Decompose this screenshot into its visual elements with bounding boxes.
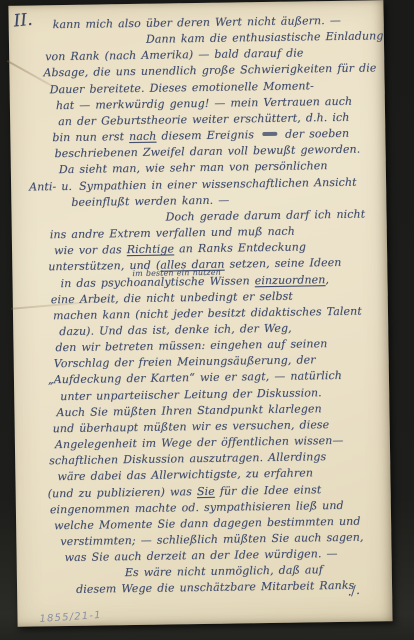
handwriting-text: diesem Ereignis xyxy=(156,128,259,143)
handwriting-text: Doch gerade darum darf ich nicht xyxy=(165,207,365,223)
handwriting-text: an der Geburtstheorie weiter erschüttert… xyxy=(58,111,349,128)
handwriting-text: ins andre Extrem verfallen und muß nach xyxy=(50,225,295,242)
handwriting-line: Doch gerade darum darf ich nicht xyxy=(165,206,376,225)
handwriting-text: Sympathien in einer wissenschaftlichen A… xyxy=(79,175,357,192)
handwriting-text: eine Arbeit, die nicht unbedingt er selb… xyxy=(51,289,293,306)
handwriting-text: und überhaupt müßten wir es versuchen, d… xyxy=(53,418,330,435)
handwriting-text: Dann kam die enthusiastische Einladung xyxy=(146,29,384,46)
handwriting-text: Sie xyxy=(197,484,215,497)
handwriting-text: von Rank (nach Amerika) — bald darauf di… xyxy=(45,47,303,64)
handwriting-text: für die Idee einst xyxy=(215,483,322,498)
handwriting-text: im besten ein nutzen xyxy=(132,267,221,277)
letter-lines: kann mich also über deren Wert nicht äuß… xyxy=(51,12,383,598)
handwriting-text: wie vor das xyxy=(54,243,127,257)
handwriting-text: diesem Wege die unschätzbare Mitarbeit R… xyxy=(76,579,354,596)
margin-note: Anti- u. xyxy=(29,179,72,193)
archive-number-pencil: 1855/21-1 xyxy=(39,611,102,625)
handwriting-text: an Ranks Entdeckung xyxy=(174,241,306,256)
handwriting-text: Dauer bereitete. Dieses emotionelle Mome… xyxy=(50,79,314,96)
handwriting-text: Da sieht man, wie sehr man von persönlic… xyxy=(59,160,328,177)
handwriting-text: hat — merkwürdig genug! — mein Vertrauen… xyxy=(56,95,352,112)
handwriting-text: bin nun erst xyxy=(52,130,129,144)
handwriting-text: wäre dabei das Allerwichtigste, zu erfah… xyxy=(57,467,313,484)
handwriting-text: „Aufdeckung der Karten“ wie er sagt, — n… xyxy=(48,369,342,386)
handwriting-text: , xyxy=(325,273,329,286)
handwriting-text: eingenommen machte od. sympathisieren li… xyxy=(50,499,344,516)
handwriting-line: diesem Wege die unschätzbare Mitarbeit R… xyxy=(76,578,382,599)
handwriting-text: Richtige xyxy=(127,243,175,257)
handwriting-text: einzuordnen xyxy=(255,273,326,287)
handwriting-text: Es wäre nicht unmöglich, daß auf xyxy=(125,564,323,580)
letter-page: II. kann mich also über deren Wert nicht… xyxy=(8,0,392,626)
handwriting-text: setzen, seine Ideen xyxy=(224,256,341,271)
handwriting-text: Vorschlag der freien Meinungsäußerung, d… xyxy=(54,354,316,371)
handwriting-text: der soeben xyxy=(280,127,349,141)
handwriting-text: kann mich also über deren Wert nicht äuß… xyxy=(53,14,341,31)
handwriting-text: beeinflußt werden kann. — xyxy=(71,193,229,208)
continuation-mark: ./. xyxy=(347,584,362,599)
scan-background: II. kann mich also über deren Wert nicht… xyxy=(0,0,414,640)
handwriting-text: Absage, die uns unendlich große Schwieri… xyxy=(43,62,376,80)
ink-strikeout-blot xyxy=(262,132,277,136)
handwriting-text: dazu). Und das ist, denke ich, der Weg, xyxy=(59,322,292,338)
handwriting-text: (und zu publizieren) was xyxy=(48,485,197,500)
handwriting-text: machen kann (nicht jeder besitzt didakti… xyxy=(53,304,362,322)
handwriting-text: was Sie auch derzeit an der Idee würdige… xyxy=(65,547,338,564)
handwriting-text: den wir betreten müssen: eingehen auf se… xyxy=(55,337,327,354)
handwriting-text: Auch Sie müßten Ihren Standpunkt klarleg… xyxy=(56,402,321,419)
handwriting-text: unter unparteiischer Leitung der Diskuss… xyxy=(60,386,322,403)
page-number: II. xyxy=(13,12,33,31)
handwriting-text: schaftlichen Diskussion auszutragen. All… xyxy=(49,450,326,467)
handwriting-text: Angelegenheit im Wege der öffentlichen w… xyxy=(55,434,344,451)
handwriting-text: nach xyxy=(129,130,156,143)
